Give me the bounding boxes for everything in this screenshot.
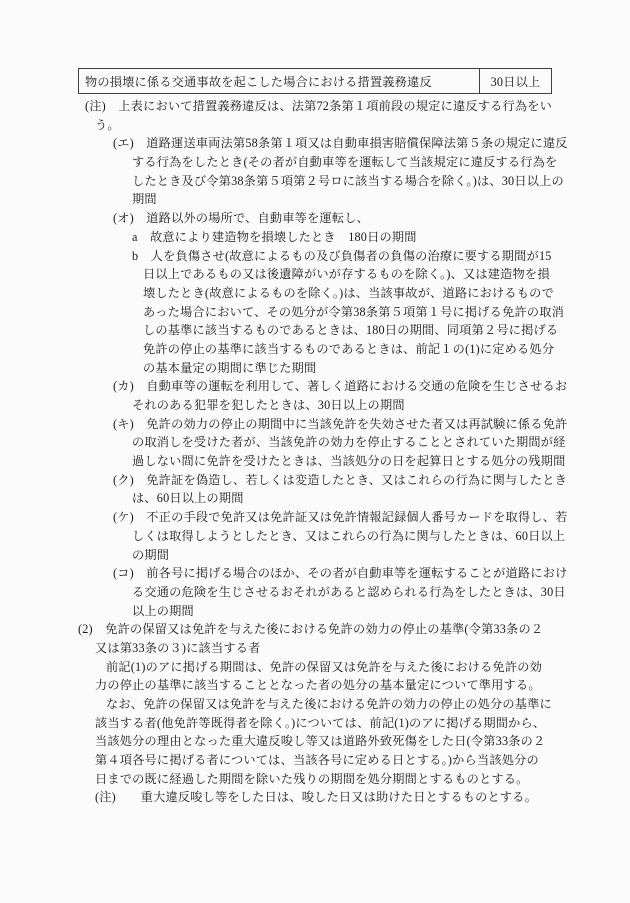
text-line: の取消しを受けた者が、当該免許の効力を停止することとされていた期間が経 bbox=[0, 433, 630, 452]
text-line: の期間 bbox=[0, 546, 630, 565]
text-line: b 人を負傷させ(故意によるもの及び負傷者の負傷の治療に要する期間が15 bbox=[0, 247, 630, 266]
text-line: (コ) 前各号に掲げる場合のほか、その者が自動車等を運転することが道路におけ bbox=[0, 564, 630, 583]
text-line: (オ) 道路以外の場所で、自動車等を運転し、 bbox=[0, 209, 630, 228]
text-line: なお、免許の保留又は免許を与えた後における免許の効力の停止の処分の基準に bbox=[0, 695, 630, 714]
text-line: しくは取得しようとしたとき、又はこれらの行為に関与したときは、60日以上 bbox=[0, 527, 630, 546]
text-line: する行為をしたとき(その者が自動車等を運転して当該規定に違反する行為を bbox=[0, 153, 630, 172]
text-line: 前記(1)のアに掲げる期間は、免許の保留又は免許を与えた後における免許の効 bbox=[0, 658, 630, 677]
text-line: あった場合において、その処分が令第38条第５項第１号に掲げる免許の取消 bbox=[0, 303, 630, 322]
text-line: 日以上であるもの又は後遺障がいが存するものを除く。)、又は建造物を損 bbox=[0, 265, 630, 284]
text-line: の基本量定の期間に準じた期間 bbox=[0, 359, 630, 378]
text-line: 第４項各号に掲げる者については、当該各号に定める日とする。)から当該処分の bbox=[0, 751, 630, 770]
violation-description-cell: 物の損壊に係る交通事故を起こした場合における措置義務違反 bbox=[79, 69, 480, 93]
text-line: る交通の危険を生じさせるおそれがあると認められる行為をしたときは、30日 bbox=[0, 583, 630, 602]
text-line: 日までの既に経過した期間を除いた残りの期間を処分期間とするものとする。 bbox=[0, 770, 630, 789]
text-line: しの基準に該当するものであるときは、180日の期間、同項第２号に掲げる bbox=[0, 321, 630, 340]
penalty-table-row: 物の損壊に係る交通事故を起こした場合における措置義務違反 30日以上 bbox=[78, 68, 552, 94]
text-line: (注) 上表において措置義務違反は、法第72条第１項前段の規定に違反する行為をい bbox=[0, 97, 630, 116]
text-line: (キ) 免許の効力の停止の期間中に当該免許を失効させた者又は再試験に係る免許 bbox=[0, 415, 630, 434]
text-line: したとき及び令第38条第５項第２号ロに該当する場合を除く。)は、30日以上の bbox=[0, 172, 630, 191]
text-line: (カ) 自動車等の運転を利用して、著しく道路における交通の危険を生じさせるお bbox=[0, 377, 630, 396]
text-line: 壊したとき(故意によるものを除く。)は、当該事故が、道路におけるもので bbox=[0, 284, 630, 303]
text-line: 当該処分の理由となった重大違反唆し等又は道路外致死傷をした日(令第33条の２ bbox=[0, 732, 630, 751]
text-line: 過しない間に免許を受けたときは、当該処分の日を起算日とする処分の残期間 bbox=[0, 452, 630, 471]
text-line: 免許の停止の基準に該当するものであるときは、前記１の(1)に定める処分 bbox=[0, 340, 630, 359]
text-line: 力の停止の基準に該当することとなった者の処分の基本量定について準用する。 bbox=[0, 676, 630, 695]
text-line: a 故意により建造物を損壊したとき 180日の期間 bbox=[0, 228, 630, 247]
text-line: 該当する者(他免許等既得者を除く。)については、前記(1)のアに掲げる期間から、 bbox=[0, 714, 630, 733]
text-line: 又は第33条の３)に該当する者 bbox=[0, 639, 630, 658]
text-line: (エ) 道路運送車両法第58条第１項又は自動車損害賠償保障法第５条の規定に違反 bbox=[0, 134, 630, 153]
text-line: (ケ) 不正の手段で免許又は免許証又は免許情報記録個人番号カードを取得し、若 bbox=[0, 508, 630, 527]
text-line: う。 bbox=[0, 116, 630, 135]
text-line: (2) 免許の保留又は免許を与えた後における免許の効力の停止の基準(令第33条の… bbox=[0, 620, 630, 639]
document-body: (注) 上表において措置義務違反は、法第72条第１項前段の規定に違反する行為をい… bbox=[0, 97, 630, 807]
document-page: 物の損壊に係る交通事故を起こした場合における措置義務違反 30日以上 (注) 上… bbox=[0, 0, 630, 903]
suspension-period-cell: 30日以上 bbox=[480, 69, 551, 93]
text-line: 以上の期間 bbox=[0, 602, 630, 621]
text-line: 期間 bbox=[0, 190, 630, 209]
text-line: それのある犯罪を犯したときは、30日以上の期間 bbox=[0, 396, 630, 415]
text-line: は、60日以上の期間 bbox=[0, 489, 630, 508]
text-line: (ク) 免許証を偽造し、若しくは変造したとき、又はこれらの行為に関与したとき bbox=[0, 471, 630, 490]
text-line: (注) 重大違反唆し等をした日は、唆した日又は助けた日とするものとする。 bbox=[0, 788, 630, 807]
